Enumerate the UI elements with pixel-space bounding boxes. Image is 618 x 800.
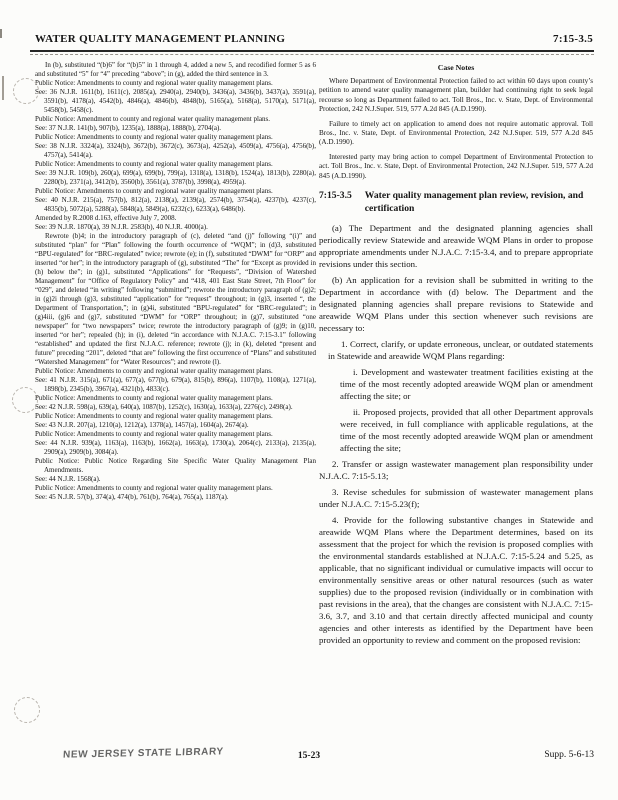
public-notice: Public Notice: Amendments to county and …	[35, 412, 316, 421]
public-notice: Public Notice: Amendments to county and …	[35, 394, 316, 403]
see-citation: See: 36 N.J.R. 1611(b), 1611(c), 2085(a)…	[35, 88, 316, 115]
case-note: Failure to timely act on application to …	[319, 120, 593, 148]
numbered-item: 3. Revise schedules for submission of wa…	[319, 486, 593, 510]
see-citation: See: 39 N.J.R. 109(b), 260(a), 699(a), 6…	[35, 169, 316, 187]
numbered-item: 4. Provide for the following substantive…	[319, 514, 593, 646]
public-notice: Public Notice: Amendments to county and …	[35, 367, 316, 376]
header-rule-shadow	[30, 54, 594, 55]
see-citation: See: 45 N.J.R. 57(b), 374(a), 474(b), 76…	[35, 493, 316, 502]
see-citation: See: 44 N.J.R. 939(a), 1163(a), 1163(b),…	[35, 439, 316, 457]
roman-item: i. Development and wastewater treatment …	[340, 366, 593, 402]
body-paragraph: (a) The Department and the designated pl…	[319, 222, 593, 270]
amendment-note: In (b), substituted “(b)6” for “(b)5” in…	[35, 61, 316, 79]
header-rule	[30, 50, 594, 52]
section-number-header: 7:15-3.5	[553, 33, 593, 45]
numbered-item: 2. Transfer or assign wastewater managem…	[319, 458, 593, 482]
running-title: WATER QUALITY MANAGEMENT PLANNING	[35, 33, 285, 45]
page-header: WATER QUALITY MANAGEMENT PLANNING 7:15-3…	[35, 33, 593, 45]
case-note: Interested party may bring action to com…	[319, 153, 593, 181]
supplement-date: Supp. 5-6-13	[544, 750, 594, 760]
see-citation: See: 37 N.J.R. 141(b), 907(b), 1235(a), …	[35, 124, 316, 133]
see-citation: See: 40 N.J.R. 215(a), 757(b), 812(a), 2…	[35, 196, 316, 214]
see-citation: See: 44 N.J.R. 1568(a).	[35, 475, 316, 484]
public-notice: Public Notice: Amendments to county and …	[35, 160, 316, 169]
binder-hole-artifact	[12, 387, 38, 413]
rewrite-note: Rewrote (b)4; in the introductory paragr…	[35, 232, 316, 367]
body-paragraph: (b) An application for a revision shall …	[319, 274, 593, 334]
left-column: In (b), substituted “(b)6” for “(b)5” in…	[35, 61, 316, 502]
case-notes-heading: Case Notes	[319, 63, 593, 72]
public-notice: Public Notice: Amendments to county and …	[35, 430, 316, 439]
public-notice: Public Notice: Amendments to county and …	[35, 79, 316, 88]
section-heading-number: 7:15-3.5	[319, 190, 352, 215]
see-citation: See: 42 N.J.R. 598(a), 639(a), 640(a), 1…	[35, 403, 316, 412]
right-column: Case Notes Where Department of Environme…	[319, 61, 593, 650]
public-notice: Public Notice: Amendments to county and …	[35, 187, 316, 196]
page-number: 15-23	[0, 751, 618, 761]
public-notice: Public Notice: Amendments to county and …	[35, 484, 316, 493]
public-notice: Public Notice: Amendment to county and r…	[35, 115, 316, 124]
scan-edge-mark	[0, 29, 2, 38]
public-notice: Public Notice: Public Notice Regarding S…	[35, 457, 316, 475]
amended-by-note: Amended by R.2008 d.163, effective July …	[35, 214, 316, 223]
see-citation: See: 41 N.J.R. 315(a), 671(a), 677(a), 6…	[35, 376, 316, 394]
see-citation: See: 38 N.J.R. 3324(a), 3324(b), 3672(b)…	[35, 142, 316, 160]
binder-hole-artifact	[14, 697, 40, 723]
document-page: WATER QUALITY MANAGEMENT PLANNING 7:15-3…	[0, 0, 618, 800]
binder-hole-artifact	[13, 78, 39, 104]
case-note: Where Department of Environmental Protec…	[319, 77, 593, 115]
section-heading: 7:15-3.5 Water quality management plan r…	[319, 190, 593, 215]
section-heading-title: Water quality management plan review, re…	[365, 190, 593, 215]
public-notice: Public Notice: Amendments to county and …	[35, 133, 316, 142]
numbered-item: 1. Correct, clarify, or update erroneous…	[328, 338, 593, 362]
see-citation: See: 39 N.J.R. 1870(a), 39 N.J.R. 2583(b…	[35, 223, 316, 232]
scan-edge-mark	[2, 76, 4, 100]
roman-item: ii. Proposed projects, provided that all…	[340, 406, 593, 454]
see-citation: See: 43 N.J.R. 207(a), 1210(a), 1212(a),…	[35, 421, 316, 430]
